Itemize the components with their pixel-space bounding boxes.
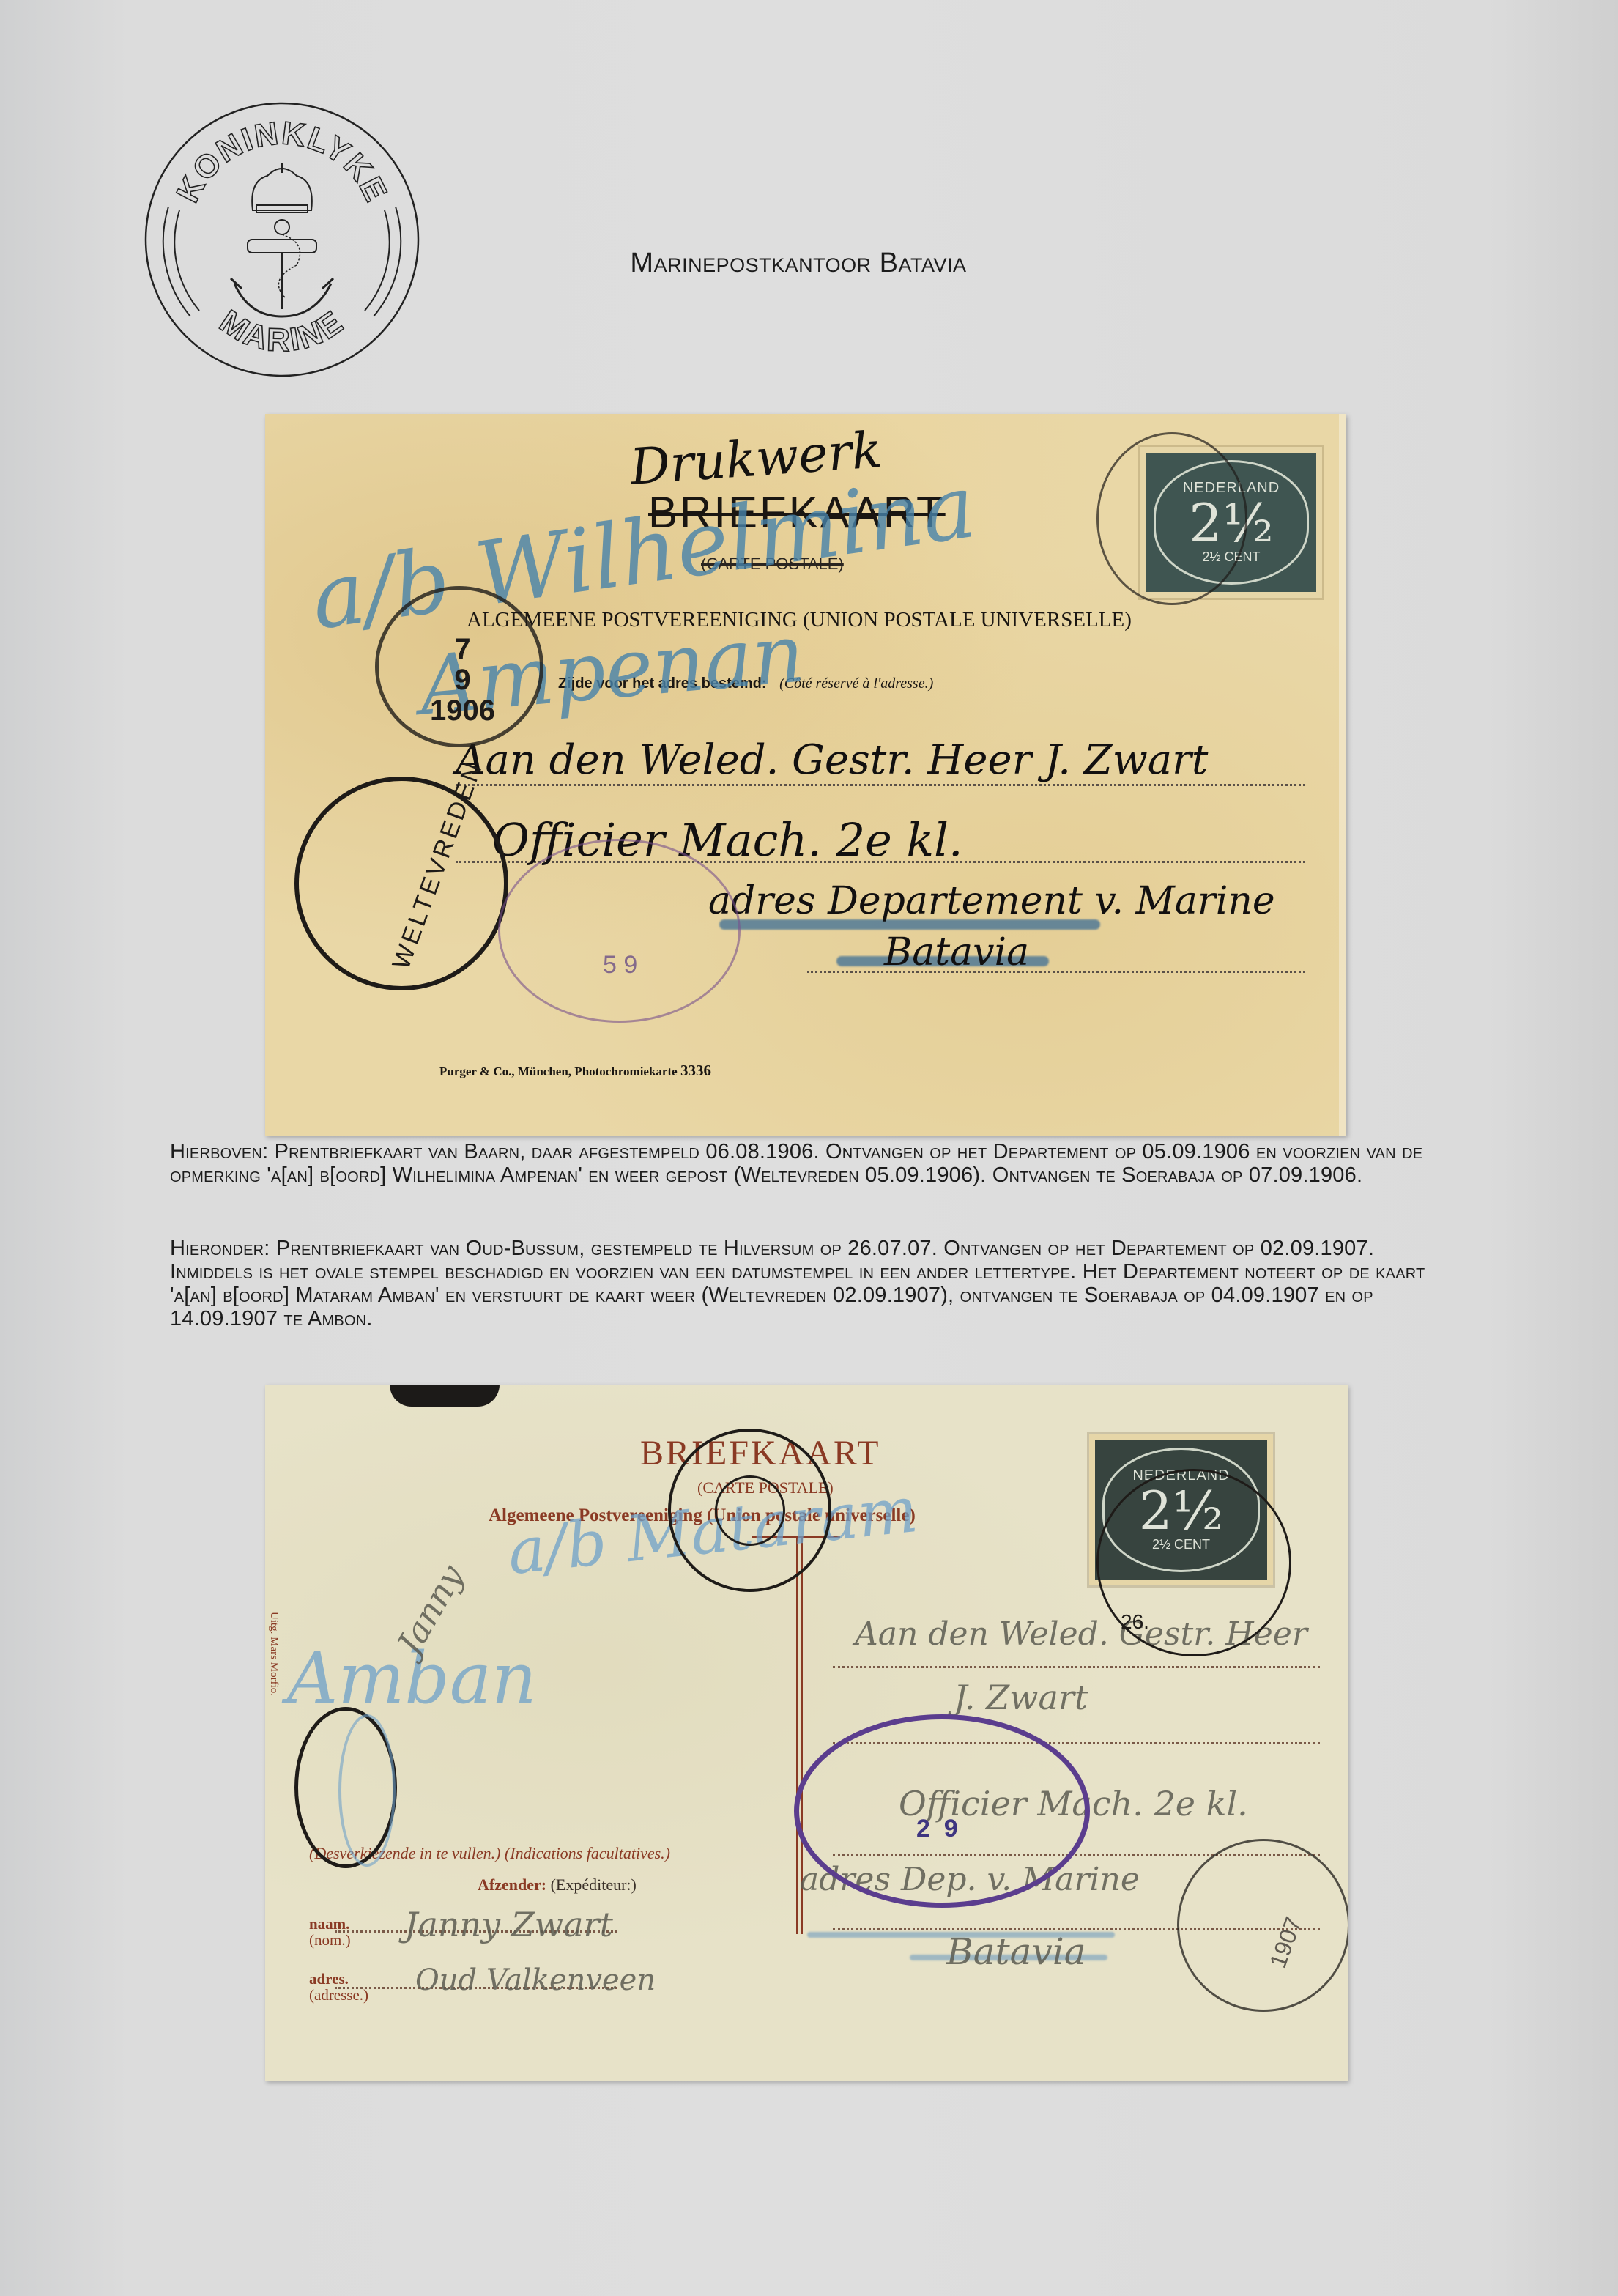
black-ink-blot [390, 1385, 500, 1407]
address-line-2: J. Zwart [954, 1678, 1088, 1717]
address-line [833, 1666, 1320, 1668]
name-label-nl: naam. [309, 1916, 351, 1932]
koninklijke-marine-logo: KONINKLYKE MARINE [139, 97, 425, 382]
postmark-soerabaja: 1907 [1177, 1839, 1348, 2012]
name-label-fr: (nom.) [309, 1932, 351, 1948]
sender-label-nl: Afzender: [478, 1875, 546, 1894]
sender-address: Oud Valkenveen [415, 1963, 656, 1997]
printer-credit: Uitg. Mars Morfio. [267, 1612, 280, 1696]
svg-text:MARINE: MARINE [213, 303, 351, 359]
sender-label: Afzender: (Expéditeur:) [478, 1875, 637, 1895]
printer-name: Purger & Co., München, Photochromiekarte [439, 1064, 678, 1078]
caption-below: Hieronder: Prentbriefkaart van Oud-Bussu… [170, 1237, 1437, 1330]
address-line-3: adres Departement v. Marine [708, 879, 1275, 923]
address-line-4: Batavia [884, 930, 1029, 974]
printer-credit: Purger & Co., München, Photochromiekarte… [439, 1062, 711, 1080]
page-title: Marinepostkantoor Batavia [439, 248, 1157, 279]
blue-circle-note [338, 1714, 396, 1867]
printer-number: 3336 [680, 1062, 711, 1079]
address-line [456, 784, 1305, 786]
postmark-hilversum: 26. [1096, 1469, 1291, 1656]
address-line-1: Aan den Weled. Gestr. Heer J. Zwart [456, 736, 1208, 784]
address-line [807, 971, 1305, 973]
postmark-departement-oval: 2 9 [794, 1714, 1090, 1908]
caption-above: Hierboven: Prentbriefkaart van Baarn, da… [170, 1140, 1437, 1187]
postmark-departement-oval: 5 9 [498, 839, 741, 1023]
address-label-nl: adres. [309, 1971, 368, 1987]
postcard-baarn-1906: Drukwerk BRIEFKAART (CARTE POSTALE) a/b … [265, 414, 1346, 1136]
postmark-baarn [1096, 432, 1247, 605]
postmark-weltevreden [668, 1429, 831, 1592]
sender-label-fr: (Expéditeur:) [551, 1875, 637, 1894]
postcard-oud-bussum-1907: BRIEFKAART (CARTE POSTALE) Algemeene Pos… [265, 1385, 1348, 2081]
sender-name: Janny Zwart [404, 1905, 613, 1944]
postmark-weltevreden: WELTEVREDEN [294, 777, 508, 990]
address-label-fr: (adresse.) [309, 1987, 368, 2003]
anchor-crown-emblem-icon: KONINKLYKE MARINE [139, 97, 425, 382]
postmark-soerabaja: 791906 [375, 586, 543, 747]
address-line-5: Batavia [946, 1930, 1086, 1973]
protective-sleeve-edge [1339, 414, 1346, 1136]
